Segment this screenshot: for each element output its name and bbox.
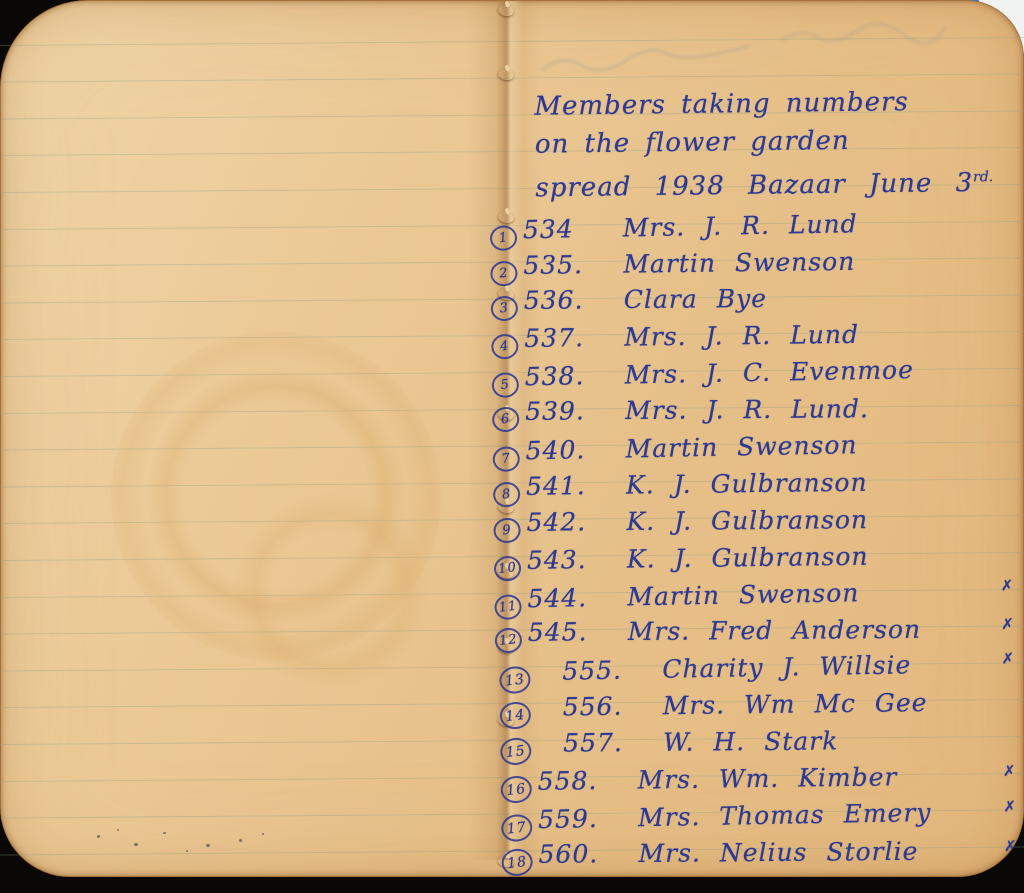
member-name: Mrs. Nelius Storlie [638, 837, 918, 868]
ticket-number: 539. [525, 396, 599, 426]
x-mark: ✗ [1001, 650, 1015, 668]
member-name: K. J. Gulbranson [626, 505, 868, 536]
entry-index-badge: 2 [489, 259, 519, 287]
ticket-number: 540. [525, 435, 600, 465]
header-ordinal-superscript: rd. [973, 169, 993, 185]
ticket-number: 541. [526, 471, 600, 501]
page-header: Members taking numbers on the flower gar… [534, 82, 1015, 208]
entry-index-badge: 14 [498, 700, 532, 730]
ink-speckle [163, 832, 166, 834]
ticket-number: 556. [563, 692, 637, 722]
ledger-entry: 14 556. Mrs. Wm Mc Gee [502, 687, 1022, 730]
entry-index-badge: 11 [493, 593, 523, 621]
member-name: Mrs. J. R. Lund. [625, 394, 869, 425]
member-name: Mrs. Thomas Emery [638, 798, 932, 832]
entry-index-badge: 7 [491, 445, 521, 473]
binding-stitch [497, 3, 515, 17]
member-name: Mrs. J. C. Evenmoe [624, 355, 914, 389]
ticket-number: 538. [524, 361, 599, 391]
ink-speckle [134, 843, 138, 846]
ticket-number: 558. [537, 766, 611, 796]
entry-index-badge: 10 [493, 554, 523, 582]
right-page-content: Members taking numbers on the flower gar… [494, 82, 1024, 878]
member-name: Mrs. J. R. Lund [623, 209, 858, 242]
member-name: Mrs. Fred Anderson [628, 615, 921, 646]
ticket-number: 559. [538, 804, 613, 834]
ticket-number: 545. [528, 618, 602, 648]
ledger-entry: 18 560. Mrs. Nelius Storlie ✗ [503, 836, 1023, 877]
ink-speckle [206, 844, 210, 847]
header-line-2: on the flower garden [535, 120, 1015, 164]
ticket-number: 557. [563, 728, 637, 758]
ink-speckle [262, 833, 264, 835]
entry-index-badge: 18 [500, 847, 534, 877]
ink-speckle [239, 839, 242, 842]
member-name: Mrs. J. R. Lund [624, 320, 859, 352]
x-mark: ✗ [1003, 797, 1017, 815]
member-name: Charity J. Willsie [662, 651, 912, 685]
entry-index-badge: 4 [490, 333, 520, 361]
entry-index-badge: 6 [491, 406, 521, 434]
x-mark: ✗ [1001, 615, 1015, 633]
ticket-number: 544. [527, 582, 602, 612]
member-name: Mrs. Wm Mc Gee [663, 688, 928, 720]
member-name: Clara Bye [624, 284, 767, 314]
entry-index-badge: 12 [494, 627, 524, 655]
ticket-number: 543. [527, 545, 601, 575]
x-mark: ✗ [1003, 762, 1017, 780]
ledger-entry: 3 536. Clara Bye [497, 282, 1017, 323]
ink-speckle [97, 835, 100, 838]
paper-watermark [111, 331, 441, 661]
entry-index-badge: 17 [500, 812, 534, 843]
member-name: Martin Swenson [627, 578, 859, 611]
member-name: K. J. Gulbranson [626, 468, 868, 500]
member-list: 1 534 Mrs. J. R. Lund 2 535. Martin Swen… [496, 207, 1024, 877]
ticket-number: 536. [524, 286, 598, 316]
ticket-number: 542. [526, 507, 600, 537]
member-name: Martin Swenson [623, 246, 855, 278]
entry-index-badge: 1 [489, 224, 519, 252]
ink-speckle [117, 829, 119, 831]
entry-index-badge: 16 [499, 774, 533, 804]
x-mark: ✗ [1004, 837, 1018, 855]
ticket-number: 560. [538, 839, 612, 869]
ticket-number: 537. [524, 323, 598, 353]
member-name: Mrs. Wm. Kimber [637, 762, 897, 794]
member-name: Martin Swenson [625, 430, 857, 463]
entry-index-badge: 8 [492, 480, 522, 508]
header-line-1: Members taking numbers [534, 82, 1014, 126]
ledger-entry: 15 557. W. H. Stark [502, 725, 1022, 766]
ticket-number: 534 [523, 214, 598, 244]
entry-index-badge: 5 [490, 371, 520, 399]
entry-index-badge: 15 [499, 736, 533, 766]
ticket-number: 535. [523, 250, 597, 280]
paper-watermark [211, 471, 451, 711]
notebook-open-page: Members taking numbers on the flower gar… [0, 0, 1024, 877]
member-name: K. J. Gulbranson [627, 541, 869, 573]
header-line-3: spread 1938 Bazaar June 3rd. [535, 158, 1015, 208]
ink-speckle [186, 850, 188, 852]
ticket-number: 555. [562, 656, 637, 686]
x-mark: ✗ [1001, 576, 1015, 594]
ledger-entry: 9 542. K. J. Gulbranson [499, 504, 1019, 545]
member-name: W. H. Stark [663, 727, 838, 757]
entry-index-badge: 13 [498, 665, 532, 696]
binding-stitch [497, 67, 515, 81]
entry-index-badge: 3 [490, 295, 520, 323]
entry-index-badge: 9 [492, 516, 522, 544]
